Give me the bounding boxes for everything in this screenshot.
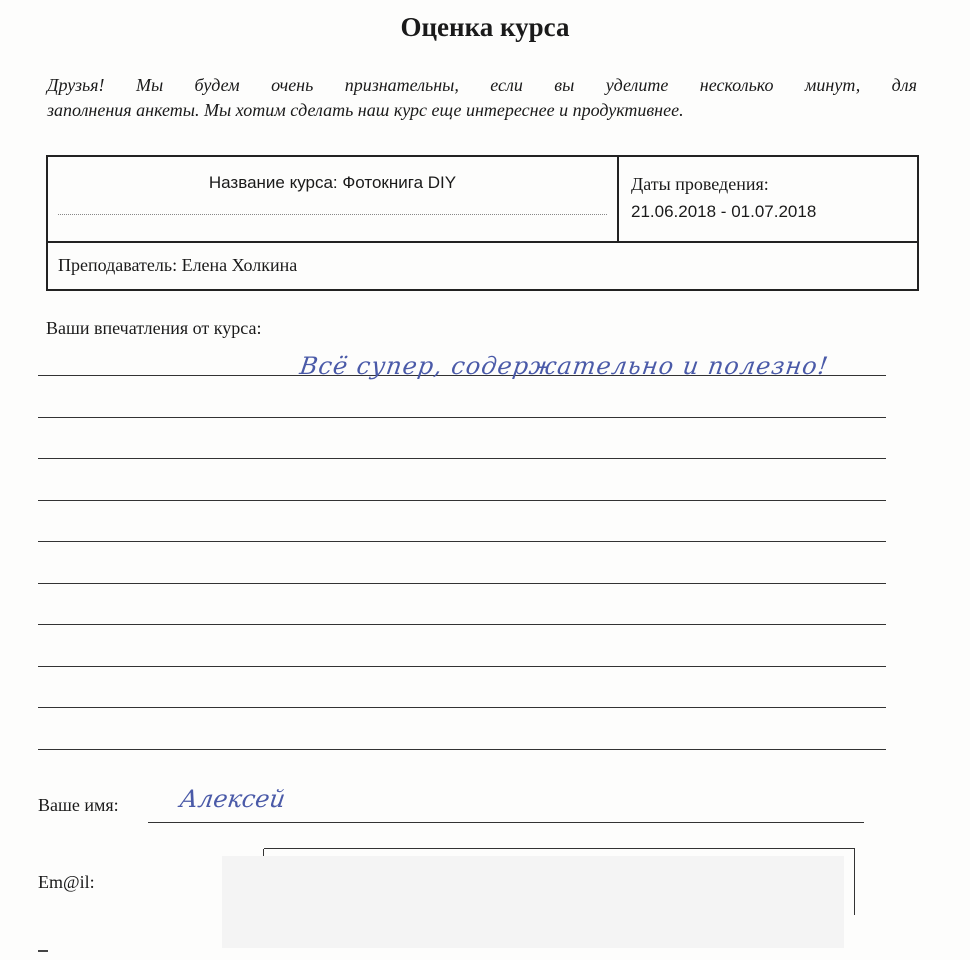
intro-line-1: Друзья! Мы будем очень признательны, есл… [47, 73, 917, 98]
dates-value: 21.06.2018 - 01.07.2018 [631, 198, 816, 225]
name-field-line[interactable] [148, 822, 864, 823]
dates-label: Даты проведения: [631, 171, 816, 198]
answer-line[interactable] [38, 707, 886, 708]
email-label: Em@il: [38, 872, 95, 893]
answer-line[interactable] [38, 624, 886, 625]
answer-line[interactable] [38, 541, 886, 542]
course-info-box: Название курса: Фотокнига DIY Даты прове… [46, 155, 919, 291]
course-name: Название курса: Фотокнига DIY [48, 173, 617, 193]
impressions-handwriting: Всё супер, содержательно и полезно! [298, 352, 830, 380]
answer-line[interactable] [38, 749, 886, 750]
name-handwriting: Алексей [178, 785, 287, 813]
page-title: Оценка курса [0, 12, 970, 43]
impressions-label: Ваши впечатления от курса: [46, 318, 262, 339]
teacher-name: Преподаватель: Елена Холкина [48, 241, 917, 289]
course-dates-cell: Даты проведения: 21.06.2018 - 01.07.2018 [631, 171, 816, 225]
name-label: Ваше имя: [38, 795, 119, 816]
answer-line[interactable] [38, 458, 886, 459]
next-section-fragment [38, 950, 48, 960]
course-name-cell: Название курса: Фотокнига DIY [48, 157, 619, 241]
answer-line[interactable] [38, 583, 886, 584]
answer-line[interactable] [38, 666, 886, 667]
answer-line[interactable] [38, 417, 886, 418]
dotted-divider [58, 214, 607, 215]
redacted-area [222, 856, 844, 948]
answer-line[interactable] [38, 500, 886, 501]
intro-line-2: заполнения анкеты. Мы хотим сделать наш … [47, 98, 917, 123]
intro-text: Друзья! Мы будем очень признательны, есл… [47, 73, 917, 123]
